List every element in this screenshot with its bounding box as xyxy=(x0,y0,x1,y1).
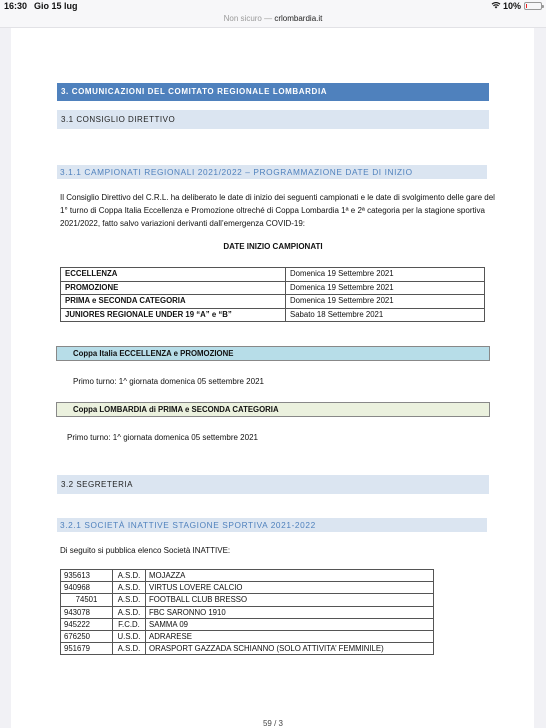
club-code-cell: 74501 xyxy=(61,594,113,606)
table-row: 935613A.S.D.MOJAZZA xyxy=(61,570,434,582)
coppa-italia-first-round: Primo turno: 1^ giornata domenica 05 set… xyxy=(73,377,264,386)
section-32-heading: 3.2 SEGRETERIA xyxy=(57,475,489,494)
club-code-cell: 940968 xyxy=(61,582,113,594)
wifi-icon xyxy=(491,1,501,11)
club-code-cell: 935613 xyxy=(61,570,113,582)
club-name-cell: SAMMA 09 xyxy=(146,618,434,630)
club-type-cell: A.S.D. xyxy=(113,582,146,594)
club-code-cell: 951679 xyxy=(61,643,113,655)
section-321-heading: 3.2.1 SOCIETÀ INATTIVE STAGIONE SPORTIVA… xyxy=(57,518,487,532)
security-label: Non sicuro — xyxy=(224,14,272,23)
start-date-cell: Domenica 19 Settembre 2021 xyxy=(286,268,485,282)
url-host: crlombardia.it xyxy=(274,14,322,23)
coppa-lombardia-box: Coppa LOMBARDIA di PRIMA e SECONDA CATEG… xyxy=(56,402,490,417)
club-name-cell: ORASPORT GAZZADA SCHIANNO (SOLO ATTIVITA… xyxy=(146,643,434,655)
club-name-cell: FOOTBALL CLUB BRESSO xyxy=(146,594,434,606)
club-name-cell: MOJAZZA xyxy=(146,570,434,582)
inactive-clubs-table: 935613A.S.D.MOJAZZA940968A.S.D.VIRTUS LO… xyxy=(60,569,434,655)
inactive-intro: Di seguito si pubblica elenco Società IN… xyxy=(60,546,230,555)
club-name-cell: FBC SARONNO 1910 xyxy=(146,606,434,618)
table-row: JUNIORES REGIONALE UNDER 19 “A” e “B” Sa… xyxy=(61,308,485,322)
table-row: 940968A.S.D.VIRTUS LOVERE CALCIO xyxy=(61,582,434,594)
club-type-cell: A.S.D. xyxy=(113,643,146,655)
section-311-heading: 3.1.1 CAMPIONATI REGIONALI 2021/2022 – P… xyxy=(57,165,487,179)
dates-table: ECCELLENZA Domenica 19 Settembre 2021 PR… xyxy=(60,267,485,322)
club-name-cell: VIRTUS LOVERE CALCIO xyxy=(146,582,434,594)
url-bar[interactable]: Non sicuro — crlombardia.it xyxy=(0,14,546,28)
status-indicators: 10% xyxy=(491,1,542,11)
intro-paragraph: Il Consiglio Direttivo del C.R.L. ha del… xyxy=(60,191,500,231)
table-row: 676250U.S.D.ADRARESE xyxy=(61,630,434,642)
section-31-heading: 3.1 CONSIGLIO DIRETTIVO xyxy=(57,110,489,129)
championship-cell: JUNIORES REGIONALE UNDER 19 “A” e “B” xyxy=(61,308,286,322)
table-row: 74501A.S.D.FOOTBALL CLUB BRESSO xyxy=(61,594,434,606)
club-code-cell: 945222 xyxy=(61,618,113,630)
table-row: ECCELLENZA Domenica 19 Settembre 2021 xyxy=(61,268,485,282)
status-bar: 16:30 Gio 15 lug 10% xyxy=(0,0,546,14)
coppa-italia-box: Coppa Italia ECCELLENZA e PROMOZIONE xyxy=(56,346,490,361)
club-code-cell: 943078 xyxy=(61,606,113,618)
start-date-cell: Domenica 19 Settembre 2021 xyxy=(286,295,485,309)
page-number: 59 / 3 xyxy=(0,719,546,728)
battery-icon xyxy=(524,2,542,10)
championship-cell: ECCELLENZA xyxy=(61,268,286,282)
start-date-cell: Sabato 18 Settembre 2021 xyxy=(286,308,485,322)
date: Gio 15 lug xyxy=(34,1,78,11)
section-3-heading: 3. COMUNICAZIONI DEL COMITATO REGIONALE … xyxy=(57,83,489,101)
table-row: 945222F.C.D.SAMMA 09 xyxy=(61,618,434,630)
clock: 16:30 xyxy=(4,1,27,11)
dates-table-title: DATE INIZIO CAMPIONATI xyxy=(57,242,489,251)
coppa-lombardia-first-round: Primo turno: 1^ giornata domenica 05 set… xyxy=(67,433,258,442)
start-date-cell: Domenica 19 Settembre 2021 xyxy=(286,281,485,295)
club-type-cell: A.S.D. xyxy=(113,570,146,582)
club-code-cell: 676250 xyxy=(61,630,113,642)
club-type-cell: F.C.D. xyxy=(113,618,146,630)
battery-percent: 10% xyxy=(503,1,521,11)
table-row: 943078A.S.D.FBC SARONNO 1910 xyxy=(61,606,434,618)
championship-cell: PROMOZIONE xyxy=(61,281,286,295)
club-name-cell: ADRARESE xyxy=(146,630,434,642)
table-row: PROMOZIONE Domenica 19 Settembre 2021 xyxy=(61,281,485,295)
club-type-cell: A.S.D. xyxy=(113,594,146,606)
championship-cell: PRIMA e SECONDA CATEGORIA xyxy=(61,295,286,309)
club-type-cell: U.S.D. xyxy=(113,630,146,642)
club-type-cell: A.S.D. xyxy=(113,606,146,618)
table-row: PRIMA e SECONDA CATEGORIA Domenica 19 Se… xyxy=(61,295,485,309)
table-row: 951679A.S.D.ORASPORT GAZZADA SCHIANNO (S… xyxy=(61,643,434,655)
